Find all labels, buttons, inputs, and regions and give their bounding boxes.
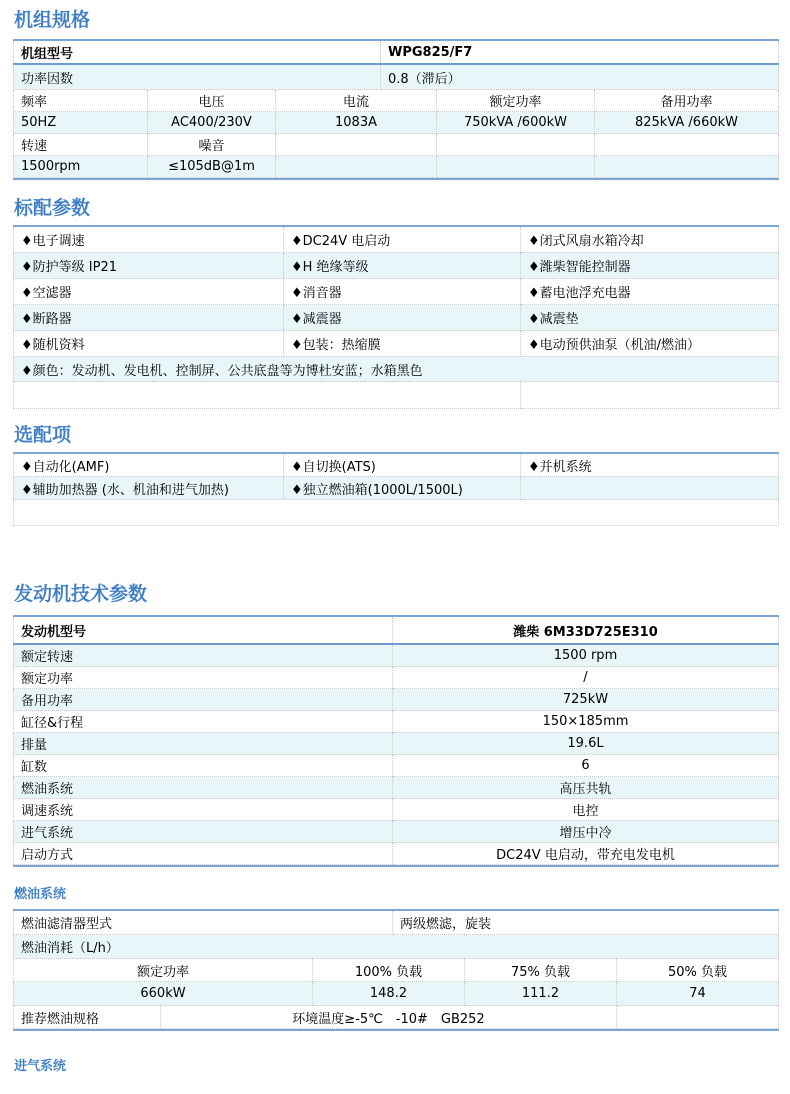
table-row: 机组型号 WPG825/F7: [13, 41, 779, 65]
fuel-spec-label: 推荐燃油规格: [13, 1006, 161, 1029]
engine-param-value: 电控: [393, 799, 779, 821]
table-row: ♦辅助加热器 (水、机油和进气加热) ♦独立燃油箱(1000L/1500L): [13, 477, 779, 500]
standard-config-table: ♦电子调速 ♦DC24V 电启动 ♦闭式风扇水箱冷却 ♦防护等级 IP21 ♦H…: [13, 225, 779, 409]
engine-model-value: 潍柴 6M33D725E310: [393, 617, 779, 643]
load-header-75: 75% 负载: [465, 959, 617, 982]
standard-item: ♦电子调速: [13, 227, 284, 253]
standard-item: ♦DC24V 电启动: [284, 227, 521, 253]
engine-param-label: 排量: [13, 733, 393, 755]
empty-cell: [595, 134, 779, 156]
table-row: 额定功率 /: [13, 667, 779, 689]
empty-cell: [521, 382, 779, 409]
load-header-rated: 额定功率: [13, 959, 313, 982]
fuel-filter-value: 两级燃滤，旋装: [393, 911, 779, 935]
table-row: 频率 电压 电流 额定功率 备用功率: [13, 90, 779, 112]
speed-value: 1500rpm: [13, 156, 148, 178]
standard-item: ♦减震器: [284, 305, 521, 331]
table-row: 调速系统 电控: [13, 799, 779, 821]
optional-config-table: ♦自动化(AMF) ♦自切换(ATS) ♦并机系统 ♦辅助加热器 (水、机油和进…: [13, 452, 779, 526]
table-row: 1500rpm ≤105dB@1m: [13, 156, 779, 178]
optional-item: ♦独立燃油箱(1000L/1500L): [284, 477, 521, 500]
standard-item: ♦随机资料: [13, 331, 284, 357]
fuel-consumption-label: 燃油消耗（L/h）: [13, 935, 779, 959]
table-row: 转速 噪音: [13, 134, 779, 156]
engine-param-label: 缸数: [13, 755, 393, 777]
table-row: 额定转速 1500 rpm: [13, 645, 779, 667]
table-row: 缸数 6: [13, 755, 779, 777]
engine-spec-table: 发动机型号 潍柴 6M33D725E310 额定转速 1500 rpm 额定功率…: [13, 615, 779, 867]
table-row: ♦电子调速 ♦DC24V 电启动 ♦闭式风扇水箱冷却: [13, 227, 779, 253]
engine-param-label: 启动方式: [13, 843, 393, 865]
header-voltage: 电压: [148, 90, 276, 112]
current-value: 1083A: [276, 112, 437, 134]
load-value-100: 148.2: [313, 982, 465, 1006]
engine-param-label: 额定转速: [13, 645, 393, 667]
section-heading-engine: 发动机技术参数: [14, 582, 779, 606]
standard-item: ♦减震垫: [521, 305, 779, 331]
table-row: 燃油滤清器型式 两级燃滤，旋装: [13, 911, 779, 935]
spec-sheet: 机组规格 机组型号 WPG825/F7 功率因数 0.8（滞后） 频率 电压 电…: [0, 0, 790, 1074]
table-row: ♦颜色：发动机、发电机、控制屏、公共底盘等为博杜安蓝；水箱黑色: [13, 357, 779, 382]
fuel-filter-label: 燃油滤清器型式: [13, 911, 393, 935]
standard-item: ♦空滤器: [13, 279, 284, 305]
header-standby-power: 备用功率: [595, 90, 779, 112]
voltage-value: AC400/230V: [148, 112, 276, 134]
color-note: ♦颜色：发动机、发电机、控制屏、公共底盘等为博杜安蓝；水箱黑色: [13, 357, 779, 382]
standard-item: ♦包装：热缩膜: [284, 331, 521, 357]
unit-spec-table: 机组型号 WPG825/F7 功率因数 0.8（滞后） 频率 电压 电流 额定功…: [13, 39, 779, 180]
optional-item: ♦自动化(AMF): [13, 454, 284, 477]
power-factor-label: 功率因数: [13, 65, 381, 90]
empty-cell: [276, 134, 437, 156]
optional-item: ♦自切换(ATS): [284, 454, 521, 477]
engine-param-label: 备用功率: [13, 689, 393, 711]
engine-param-label: 进气系统: [13, 821, 393, 843]
header-frequency: 频率: [13, 90, 148, 112]
table-row: [13, 382, 779, 409]
table-row: 功率因数 0.8（滞后）: [13, 65, 779, 90]
engine-param-label: 额定功率: [13, 667, 393, 689]
power-factor-value: 0.8（滞后）: [381, 65, 779, 90]
load-header-100: 100% 负载: [313, 959, 465, 982]
table-row: 进气系统 增压中冷: [13, 821, 779, 843]
engine-param-value: 增压中冷: [393, 821, 779, 843]
table-row: ♦随机资料 ♦包装：热缩膜 ♦电动预供油泵（机油/燃油）: [13, 331, 779, 357]
standard-item: ♦消音器: [284, 279, 521, 305]
engine-param-value: 19.6L: [393, 733, 779, 755]
empty-cell: [437, 134, 595, 156]
section-heading-unit-spec: 机组规格: [14, 8, 779, 32]
empty-cell: [13, 382, 521, 409]
table-row: 备用功率 725kW: [13, 689, 779, 711]
empty-cell: [617, 1006, 779, 1029]
table-row: 排量 19.6L: [13, 733, 779, 755]
section-heading-intake: 进气系统: [14, 1060, 779, 1074]
engine-param-label: 调速系统: [13, 799, 393, 821]
empty-cell: [437, 156, 595, 178]
section-heading-standard: 标配参数: [14, 196, 779, 220]
table-row: ♦防护等级 IP21 ♦H 绝缘等级 ♦潍柴智能控制器: [13, 253, 779, 279]
table-row: 燃油系统 高压共轨: [13, 777, 779, 799]
unit-model-label: 机组型号: [13, 41, 381, 63]
load-header-50: 50% 负载: [617, 959, 779, 982]
standard-item: ♦闭式风扇水箱冷却: [521, 227, 779, 253]
empty-cell: [521, 477, 779, 500]
engine-param-value: 6: [393, 755, 779, 777]
section-heading-fuel: 燃油系统: [14, 888, 779, 902]
standby-power-value: 825kVA /660kW: [595, 112, 779, 134]
fuel-spec-value: 环境温度≥-5℃ -10# GB252: [161, 1006, 617, 1029]
engine-param-value: 1500 rpm: [393, 645, 779, 667]
table-row: 缸径&行程 150×185mm: [13, 711, 779, 733]
table-row: ♦空滤器 ♦消音器 ♦蓄电池浮充电器: [13, 279, 779, 305]
engine-model-label: 发动机型号: [13, 617, 393, 643]
optional-item: ♦并机系统: [521, 454, 779, 477]
section-heading-optional: 选配项: [14, 423, 779, 447]
engine-param-value: 150×185mm: [393, 711, 779, 733]
table-row: 燃油消耗（L/h）: [13, 935, 779, 959]
table-row: 50HZ AC400/230V 1083A 750kVA /600kW 825k…: [13, 112, 779, 134]
rated-power-value: 750kVA /600kW: [437, 112, 595, 134]
load-value-rated: 660kW: [13, 982, 313, 1006]
table-row: 推荐燃油规格 环境温度≥-5℃ -10# GB252: [13, 1006, 779, 1029]
load-value-75: 111.2: [465, 982, 617, 1006]
unit-model-value: WPG825/F7: [381, 41, 779, 63]
engine-param-value: /: [393, 667, 779, 689]
empty-cell: [13, 500, 779, 526]
table-row: ♦断路器 ♦减震器 ♦减震垫: [13, 305, 779, 331]
table-row: 额定功率 100% 负载 75% 负载 50% 负载: [13, 959, 779, 982]
noise-value: ≤105dB@1m: [148, 156, 276, 178]
standard-item: ♦防护等级 IP21: [13, 253, 284, 279]
table-row: 发动机型号 潍柴 6M33D725E310: [13, 617, 779, 645]
engine-param-value: DC24V 电启动，带充电发电机: [393, 843, 779, 865]
standard-item: ♦断路器: [13, 305, 284, 331]
engine-param-label: 缸径&行程: [13, 711, 393, 733]
table-row: 启动方式 DC24V 电启动，带充电发电机: [13, 843, 779, 865]
optional-item: ♦辅助加热器 (水、机油和进气加热): [13, 477, 284, 500]
header-rated-power: 额定功率: [437, 90, 595, 112]
header-speed: 转速: [13, 134, 148, 156]
standard-item: ♦潍柴智能控制器: [521, 253, 779, 279]
engine-param-value: 725kW: [393, 689, 779, 711]
empty-cell: [276, 156, 437, 178]
header-current: 电流: [276, 90, 437, 112]
engine-param-label: 燃油系统: [13, 777, 393, 799]
table-row: ♦自动化(AMF) ♦自切换(ATS) ♦并机系统: [13, 454, 779, 477]
engine-param-value: 高压共轨: [393, 777, 779, 799]
frequency-value: 50HZ: [13, 112, 148, 134]
header-noise: 噪音: [148, 134, 276, 156]
standard-item: ♦H 绝缘等级: [284, 253, 521, 279]
table-row: [13, 500, 779, 526]
fuel-system-table: 燃油滤清器型式 两级燃滤，旋装 燃油消耗（L/h） 额定功率 100% 负载 7…: [13, 909, 779, 1031]
empty-cell: [595, 156, 779, 178]
standard-item: ♦蓄电池浮充电器: [521, 279, 779, 305]
load-value-50: 74: [617, 982, 779, 1006]
table-row: 660kW 148.2 111.2 74: [13, 982, 779, 1006]
standard-item: ♦电动预供油泵（机油/燃油）: [521, 331, 779, 357]
